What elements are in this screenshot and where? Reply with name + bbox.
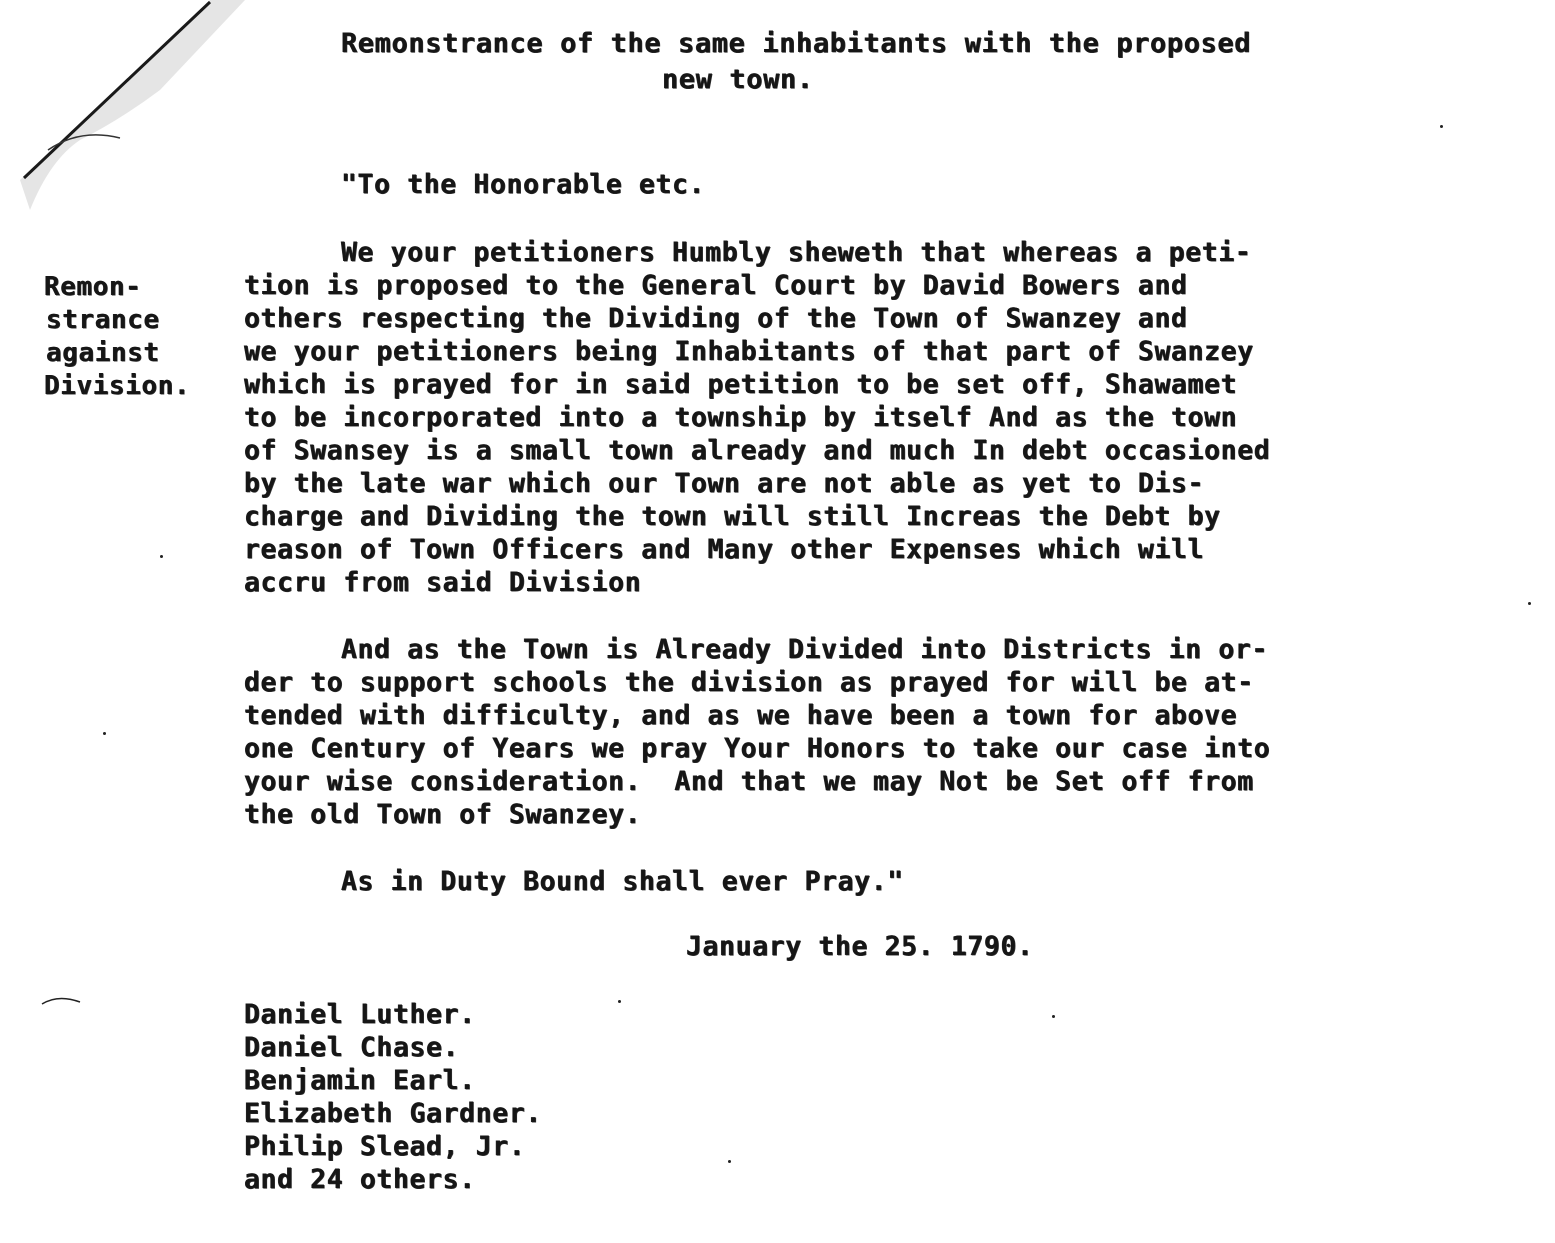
paragraph-line: one Century of Years we pray Your Honors…: [244, 732, 1270, 765]
scan-fold-artifact: [10, 0, 270, 260]
signatory: Daniel Luther.: [244, 998, 476, 1032]
closing-line: As in Duty Bound shall ever Pray.": [341, 865, 904, 898]
salutation: "To the Honorable etc.: [341, 168, 705, 201]
document-title-line-2: new town.: [662, 64, 814, 95]
paragraph-line: tended with difficulty, and as we have b…: [244, 699, 1237, 732]
margin-note-line: strance: [46, 304, 160, 337]
paragraph-line: tion is proposed to the General Court by…: [244, 269, 1188, 302]
scan-speck: [160, 555, 163, 558]
paragraph-line: to be incorporated into a township by it…: [244, 401, 1237, 434]
paragraph-line: your wise consideration. And that we may…: [244, 765, 1254, 798]
document-title-line-1: Remonstrance of the same inhabitants wit…: [341, 28, 1251, 59]
margin-note-line: against: [46, 337, 160, 370]
paragraph-line: which is prayed for in said petition to …: [244, 368, 1237, 401]
paragraph-line: others respecting the Dividing of the To…: [244, 302, 1188, 335]
document-date: January the 25. 1790.: [686, 930, 1034, 963]
signatory: Daniel Chase.: [244, 1031, 459, 1065]
scan-speck: [728, 1160, 731, 1163]
paragraph-line: der to support schools the division as p…: [244, 666, 1254, 699]
document-page: Remonstrance of the same inhabitants wit…: [0, 0, 1555, 1243]
scan-speck: [1052, 1015, 1055, 1018]
paragraph-line: we your petitioners being Inhabitants of…: [244, 335, 1254, 368]
signatory: and 24 others.: [244, 1163, 476, 1197]
scan-speck: [1528, 602, 1531, 605]
paragraph-line: accru from said Division: [244, 566, 641, 599]
margin-note-line: Remon-: [44, 271, 142, 304]
paragraph-line: And as the Town is Already Divided into …: [341, 633, 1268, 666]
signatory: Elizabeth Gardner.: [244, 1097, 542, 1131]
signatory: Philip Slead, Jr.: [244, 1130, 525, 1164]
paragraph-line: charge and Dividing the town will still …: [244, 500, 1221, 533]
signatory: Benjamin Earl.: [244, 1064, 476, 1098]
paragraph-line: the old Town of Swanzey.: [244, 798, 641, 831]
paragraph-line: We your petitioners Humbly sheweth that …: [341, 236, 1252, 269]
scan-mark: [40, 990, 90, 1010]
paragraph-line: of Swansey is a small town already and m…: [244, 434, 1270, 467]
margin-note-line: Division.: [44, 370, 190, 403]
scan-speck: [618, 1000, 621, 1003]
scan-speck: [1440, 125, 1443, 128]
paragraph-line: reason of Town Officers and Many other E…: [244, 533, 1204, 566]
paragraph-line: by the late war which our Town are not a…: [244, 467, 1204, 500]
scan-speck: [103, 732, 106, 735]
